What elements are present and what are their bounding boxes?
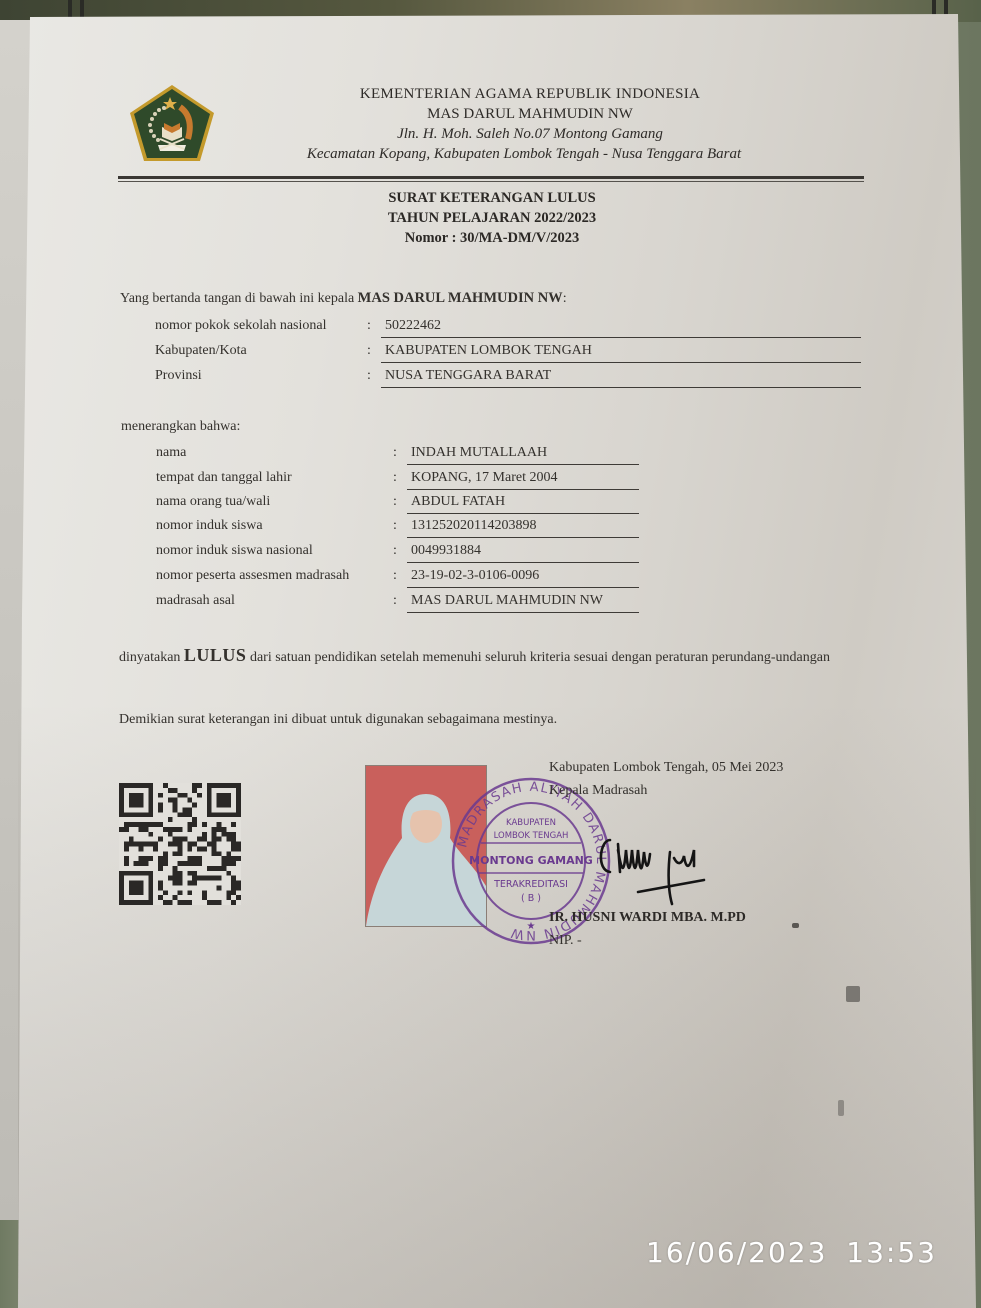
field-colon: :: [393, 470, 397, 486]
field-colon: :: [367, 343, 371, 359]
ink-mark: [846, 986, 860, 1002]
school-address: Jln. H. Moh. Saleh No.07 Montong Gamang: [280, 124, 780, 144]
background-pole: [80, 0, 84, 18]
field-value: ABDUL FATAH: [407, 494, 639, 514]
field-value: KABUPATEN LOMBOK TENGAH: [381, 343, 861, 363]
result-prefix: dinyatakan: [119, 650, 180, 665]
background-pole: [68, 0, 72, 18]
field-label: nomor induk siswa: [156, 518, 263, 534]
svg-text:LOMBOK TENGAH: LOMBOK TENGAH: [494, 831, 569, 841]
school-name: MAS DARUL MAHMUDIN NW: [280, 104, 780, 124]
field-colon: :: [367, 368, 371, 384]
title-heading: SURAT KETERANGAN LULUS: [300, 188, 684, 208]
svg-text:MONTONG GAMANG: MONTONG GAMANG: [469, 854, 593, 867]
qr-code-icon: [119, 783, 241, 905]
signatory-name: IR. HUSNI WARDI MBA. M.PD: [549, 910, 746, 926]
field-value: 50222462: [381, 318, 861, 338]
svg-text:( B ): ( B ): [521, 893, 541, 904]
title-number: Nomor : 30/MA-DM/V/2023: [300, 228, 684, 248]
header-divider-thin: [118, 181, 864, 182]
ink-mark: [838, 1100, 844, 1116]
field-colon: :: [393, 445, 397, 461]
field-value: 0049931884: [407, 543, 639, 563]
field-colon: :: [393, 593, 397, 609]
statement-intro: menerangkan bahwa:: [121, 419, 240, 435]
field-label: nama: [156, 445, 186, 461]
closing-statement: Demikian surat keterangan ini dibuat unt…: [119, 710, 855, 729]
ink-mark: [792, 923, 799, 928]
field-label: Kabupaten/Kota: [155, 343, 247, 359]
field-colon: :: [367, 318, 371, 334]
svg-text:KABUPATEN: KABUPATEN: [506, 818, 556, 828]
camera-timestamp: 16/06/2023 13:53: [646, 1236, 937, 1269]
field-label: nama orang tua/wali: [156, 494, 270, 510]
field-value: MAS DARUL MAHMUDIN NW: [407, 593, 639, 613]
intro-line: Yang bertanda tangan di bawah ini kepala…: [120, 290, 567, 307]
field-colon: :: [393, 568, 397, 584]
field-value: INDAH MUTALLAAH: [407, 445, 639, 465]
field-value: 23-19-02-3-0106-0096: [407, 568, 639, 588]
field-colon: :: [393, 518, 397, 534]
field-value: 131252020114203898: [407, 518, 639, 538]
field-colon: :: [393, 543, 397, 559]
signature-role: Kepala Madrasah: [549, 783, 647, 799]
field-label: nomor induk siswa nasional: [156, 543, 313, 559]
document-title: SURAT KETERANGAN LULUS TAHUN PELAJARAN 2…: [300, 188, 684, 248]
svg-text:TERAKREDITASI: TERAKREDITASI: [493, 879, 568, 890]
intro-school: MAS DARUL MAHMUDIN NW: [358, 290, 563, 306]
result-suffix: dari satuan pendidikan setelah memenuhi …: [250, 650, 830, 665]
field-label: madrasah asal: [156, 593, 235, 609]
field-label: Provinsi: [155, 368, 202, 384]
kemenag-emblem-icon: [128, 83, 216, 163]
field-value: KOPANG, 17 Maret 2004: [407, 470, 639, 490]
intro-text: Yang bertanda tangan di bawah ini kepala: [120, 291, 354, 306]
field-label: tempat dan tanggal lahir: [156, 470, 292, 486]
handwritten-signature-icon: [590, 830, 720, 910]
school-region: Kecamatan Kopang, Kabupaten Lombok Tenga…: [268, 144, 780, 165]
intro-colon: :: [563, 291, 567, 306]
signature-place-date: Kabupaten Lombok Tengah, 05 Mei 2023: [549, 760, 783, 776]
result-status: LULUS: [184, 645, 247, 665]
ministry-name: KEMENTERIAN AGAMA REPUBLIK INDONESIA: [280, 84, 780, 104]
field-label: nomor peserta assesmen madrasah: [156, 568, 349, 584]
field-colon: :: [393, 494, 397, 510]
svg-text:★: ★: [527, 921, 536, 932]
signatory-nip: NIP. -: [549, 933, 582, 949]
field-value: NUSA TENGGARA BARAT: [381, 368, 861, 388]
title-academic-year: TAHUN PELAJARAN 2022/2023: [300, 208, 684, 228]
header-divider: [118, 176, 864, 179]
letterhead: KEMENTERIAN AGAMA REPUBLIK INDONESIA MAS…: [280, 84, 780, 165]
field-label: nomor pokok sekolah nasional: [155, 318, 326, 334]
result-statement: dinyatakan LULUS dari satuan pendidikan …: [119, 646, 855, 667]
